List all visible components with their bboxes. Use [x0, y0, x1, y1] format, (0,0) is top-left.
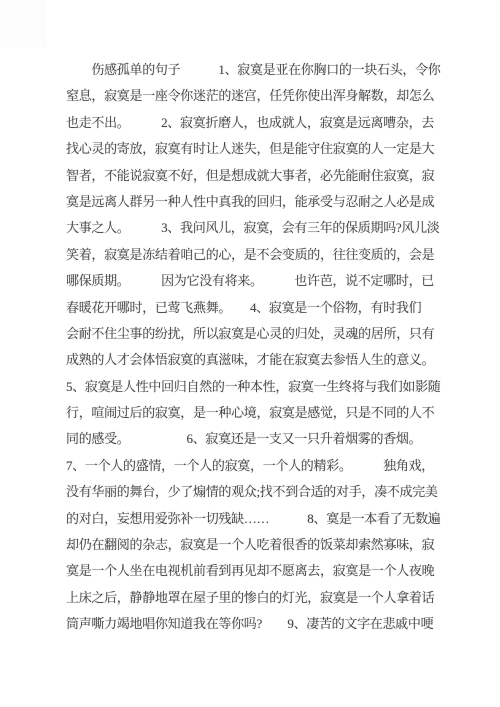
text-line: 哪保质期。 因为它没有将来。 也许芭，说不定哪时，已 [66, 268, 446, 294]
text-line: 7、一个人的盛情，一个人的寂寞，一个人的精彩。 独角戏， [66, 453, 446, 479]
text-line: 也走不出。 2、寂寞折磨人，也成就人，寂寞是远离嘈杂，去 [66, 110, 446, 136]
text-line: 会耐不住尘事的纷扰，所以寂寞是心灵的归处，灵魂的居所，只有 [66, 321, 446, 347]
text-line: 伤感孤单的句子 1、寂寞是亚在你胸口的一块石头，令你 [66, 57, 446, 83]
scan-corner-artifact [0, 0, 47, 47]
text-line: 成熟的人才会体悟寂寞的真滋味，才能在寂寞去参悟人生的意义。 [66, 347, 446, 373]
text-line: 春暖花开哪时，已莺飞燕舞。 4、寂寞是一个俗物，有时我们 [66, 295, 446, 321]
document-page: 伤感孤单的句子 1、寂寞是亚在你胸口的一块石头，令你 窒息，寂寞是一座令你迷茫的… [0, 0, 500, 707]
text-line: 找心灵的寄放，寂寞有时让人迷失，但是能守住寂寞的人一定是大 [66, 136, 446, 162]
article-text-block: 伤感孤单的句子 1、寂寞是亚在你胸口的一块石头，令你 窒息，寂寞是一座令你迷茫的… [66, 57, 446, 638]
text-line: 没有华丽的舞台，少了煽情的观众;找不到合适的对手，凑不成完美 [66, 479, 446, 505]
text-line: 大事之人。 3、我问风儿，寂寞，会有三年的保质期吗?风儿淡 [66, 215, 446, 241]
text-line: 同的感受。 6、寂寞还是一支又一只升着烟雾的香烟。 [66, 426, 446, 452]
text-line: 笑着，寂寞是冻结着咱己的心，是不会变质的，往往变质的，会是 [66, 242, 446, 268]
text-line: 5、寂寞是人性中回归自然的一种本性，寂寞一生终将与我们如影随 [66, 374, 446, 400]
text-line: 智者，不能说寂寞不好，但是想成就大事者，必先能耐住寂寞，寂 [66, 163, 446, 189]
text-line: 筒声嘶力竭地唱你知道我在等你吗? 9、凄苦的文字在悲戚中哽 [66, 611, 446, 637]
text-line: 却仍在翻阅的杂志，寂寞是一个人吃着很香的饭菜却索然寡味，寂 [66, 532, 446, 558]
text-line: 上床之后，静静地罩在屋子里的惨白的灯光，寂寞是一个人拿着话 [66, 585, 446, 611]
text-line: 寞是一个人坐在电视机前看到再见却不愿离去，寂寞是一个人夜晚 [66, 558, 446, 584]
text-line: 的对白，妄想用爱弥补一切残缺…… 8、寞是一本看了无数遍 [66, 506, 446, 532]
text-line: 寞是远离人群另一种人性中真我的回归，能承受与忍耐之人必是成 [66, 189, 446, 215]
text-line: 窒息，寂寞是一座令你迷茫的迷宫，任凭你使出浑身解数，却怎么 [66, 83, 446, 109]
text-line: 行，喧闹过后的寂寞，是一种心境，寂寞是感觉，只是不同的人不 [66, 400, 446, 426]
